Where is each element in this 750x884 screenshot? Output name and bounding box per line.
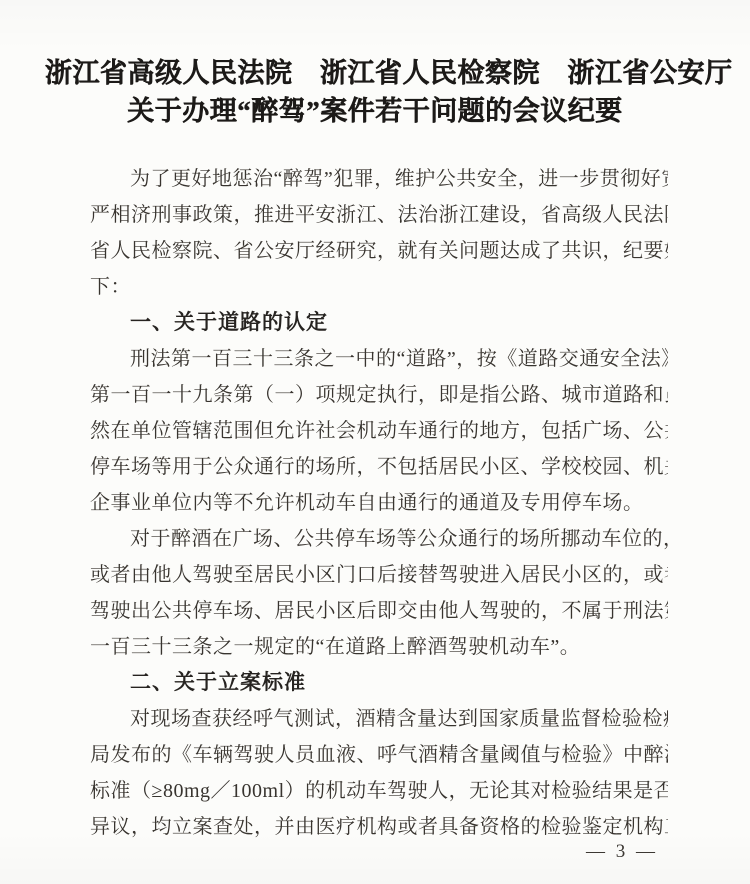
title-line-issuing-agencies: 浙江省高级人民法院 浙江省人民检察院 浙江省公安厅: [45, 54, 705, 92]
body-line: 标准（≥80mg／100ml）的机动车驾驶人，无论其对检验结果是否有: [90, 773, 668, 809]
body-line: 严相济刑事政策，推进平安浙江、法治浙江建设，省高级人民法院、: [90, 197, 668, 233]
body-line: 刑法第一百三十三条之一中的“道路”，按《道路交通安全法》: [90, 341, 668, 377]
page-number: — 3 —: [586, 840, 658, 864]
body-line: 异议，均立案查处，并由医疗机构或者具备资格的检验鉴定机构工: [90, 809, 668, 845]
body-line: 对现场查获经呼气测试，酒精含量达到国家质量监督检验检疫: [90, 701, 668, 737]
body-line: 省人民检察院、省公安厅经研究，就有关问题达成了共识，纪要如: [90, 233, 668, 269]
body-line: 第一百一十九条第（一）项规定执行，即是指公路、城市道路和虽: [90, 377, 668, 413]
body-line: 下：: [90, 269, 668, 305]
title-line-subject: 关于办理“醉驾”案件若干问题的会议纪要: [45, 92, 705, 130]
body-line: 企事业单位内等不允许机动车自由通行的通道及专用停车场。: [90, 485, 668, 521]
body-line: 为了更好地惩治“醉驾”犯罪，维护公共安全，进一步贯彻好宽: [90, 161, 668, 197]
body-line: 对于醉酒在广场、公共停车场等公众通行的场所挪动车位的，: [90, 521, 668, 557]
body-line: 驾驶出公共停车场、居民小区后即交由他人驾驶的，不属于刑法第: [90, 593, 668, 629]
body-line: 局发布的《车辆驾驶人员血液、呼气酒精含量阈值与检验》中醉酒: [90, 737, 668, 773]
body-line: 或者由他人驾驶至居民小区门口后接替驾驶进入居民小区的，或者: [90, 557, 668, 593]
body-line: 停车场等用于公众通行的场所，不包括居民小区、学校校园、机关: [90, 449, 668, 485]
scanned-document-page: 浙江省高级人民法院 浙江省人民检察院 浙江省公安厅 关于办理“醉驾”案件若干问题…: [0, 0, 750, 884]
section-heading-2: 二、关于立案标准: [90, 665, 668, 701]
document-body: 为了更好地惩治“醉驾”犯罪，维护公共安全，进一步贯彻好宽 严相济刑事政策，推进平…: [90, 161, 668, 845]
body-line: 然在单位管辖范围但允许社会机动车通行的地方，包括广场、公共: [90, 413, 668, 449]
document-title: 浙江省高级人民法院 浙江省人民检察院 浙江省公安厅 关于办理“醉驾”案件若干问题…: [45, 54, 705, 130]
section-heading-1: 一、关于道路的认定: [90, 305, 668, 341]
body-line: 一百三十三条之一规定的“在道路上醉酒驾驶机动车”。: [90, 629, 668, 665]
